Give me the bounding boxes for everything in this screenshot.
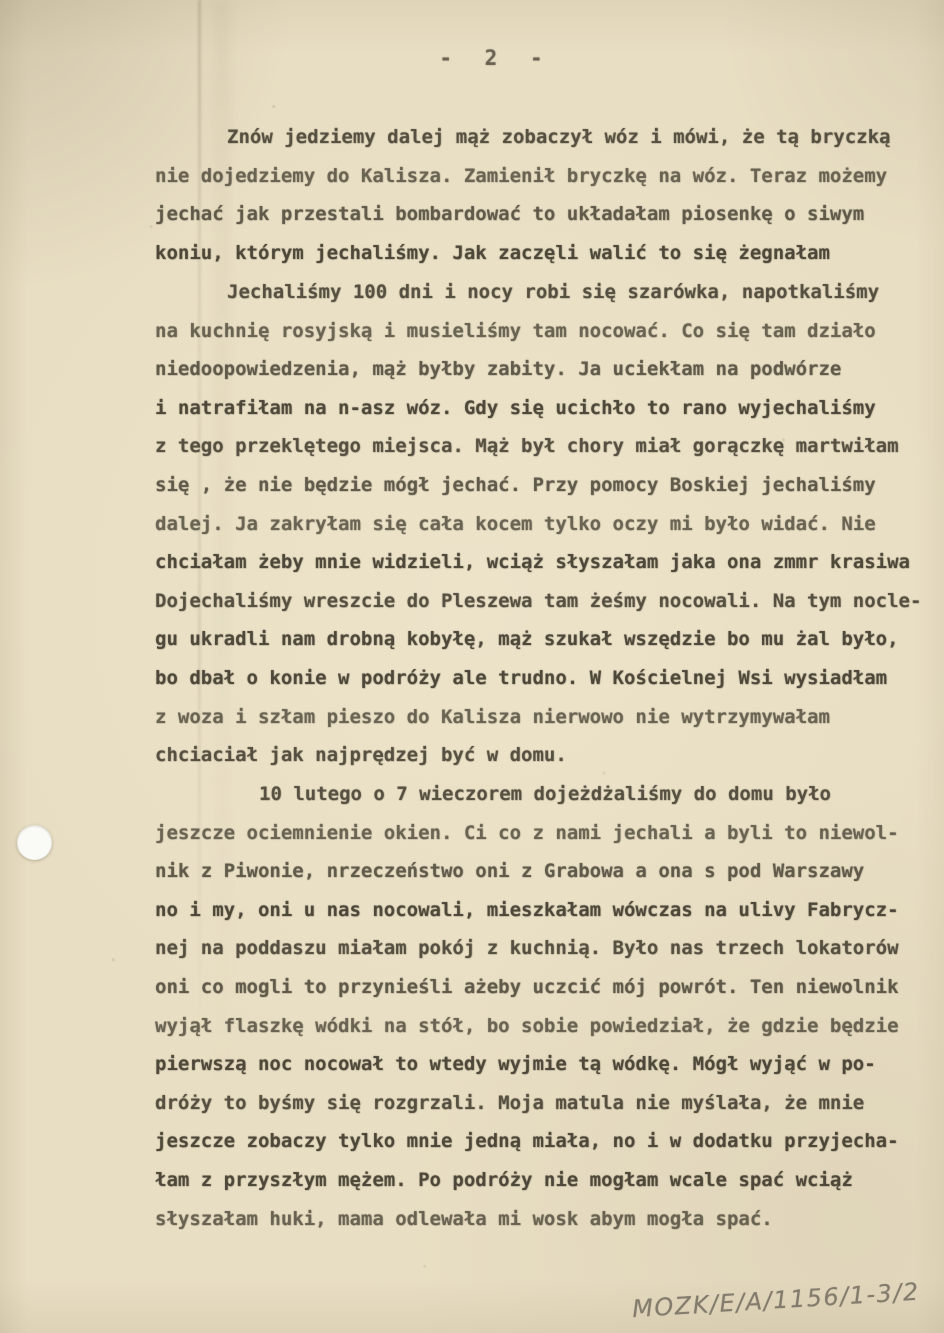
text-line: Jechaliśmy 100 dni i nocy robi się szaró… [155, 273, 940, 312]
text-line: na kuchnię rosyjską i musieliśmy tam noc… [155, 312, 940, 351]
text-line: oni co mogli to przynieśli ażeby uczcić … [155, 968, 940, 1007]
text-line: chciaciał jak najprędzej być w domu. [155, 736, 940, 775]
text-line: gu ukradli nam drobną kobyłę, mąż szukał… [155, 620, 940, 659]
text-line: dróży to byśmy się rozgrzali. Moja matul… [155, 1084, 940, 1123]
text-line: łam z przyszłym mężem. Po podróży nie mo… [155, 1161, 940, 1200]
text-line: 10 lutego o 7 wieczorem dojeżdżaliśmy do… [155, 775, 940, 814]
text-line: dalej. Ja zakryłam się cała kocem tylko … [155, 505, 940, 544]
hole-punch [17, 825, 52, 860]
text-line: i natrafiłam na n-asz wóz. Gdy się ucich… [155, 389, 940, 428]
scanned-document-page: - 2 - Znów jedziemy dalej mąż zobaczył w… [0, 0, 944, 1333]
text-line: Dojechaliśmy wreszcie do Pleszewa tam że… [155, 582, 940, 621]
text-line: z tego przeklętego miejsca. Mąż był chor… [155, 427, 940, 466]
paragraph-2: Jechaliśmy 100 dni i nocy robi się szaró… [155, 273, 940, 775]
text-line: niedoopowiedzenia, mąż byłby zabity. Ja … [155, 350, 940, 389]
text-line: jeszcze ociemnienie okien. Ci co z nami … [155, 814, 940, 853]
text-line: koniu, którym jechaliśmy. Jak zaczęli wa… [155, 234, 940, 273]
paragraph-1: Znów jedziemy dalej mąż zobaczył wóz i m… [155, 118, 940, 272]
text-line: no i my, oni u nas nocowali, mieszkałam … [155, 891, 940, 930]
text-line: bo dbał o konie w podróży ale trudno. W … [155, 659, 940, 698]
text-line: jechać jak przestali bombardować to ukła… [155, 195, 940, 234]
text-line: Znów jedziemy dalej mąż zobaczył wóz i m… [155, 118, 940, 157]
paragraph-3: 10 lutego o 7 wieczorem dojeżdżaliśmy do… [155, 775, 940, 1238]
text-line: pierwszą noc nocował to wtedy wyjmie tą … [155, 1045, 940, 1084]
text-line: z woza i szłam pieszo do Kalisza nierwow… [155, 698, 940, 737]
text-line: się , że nie będzie mógł jechać. Przy po… [155, 466, 940, 505]
text-line: nie dojedziemy do Kalisza. Zamienił bryc… [155, 157, 940, 196]
text-line: jeszcze zobaczy tylko mnie jedną miała, … [155, 1122, 940, 1161]
text-line: słyszałam huki, mama odlewała mi wosk ab… [155, 1200, 940, 1239]
text-line: chciałam żeby mnie widzieli, wciąż słysz… [155, 543, 940, 582]
text-line: nej na poddaszu miałam pokój z kuchnią. … [155, 929, 940, 968]
text-line: nik z Piwonie, nrzeczeństwo oni z Grabow… [155, 852, 940, 891]
page-number: - 2 - [422, 46, 562, 70]
text-line: wyjął flaszkę wódki na stół, bo sobie po… [155, 1007, 940, 1046]
